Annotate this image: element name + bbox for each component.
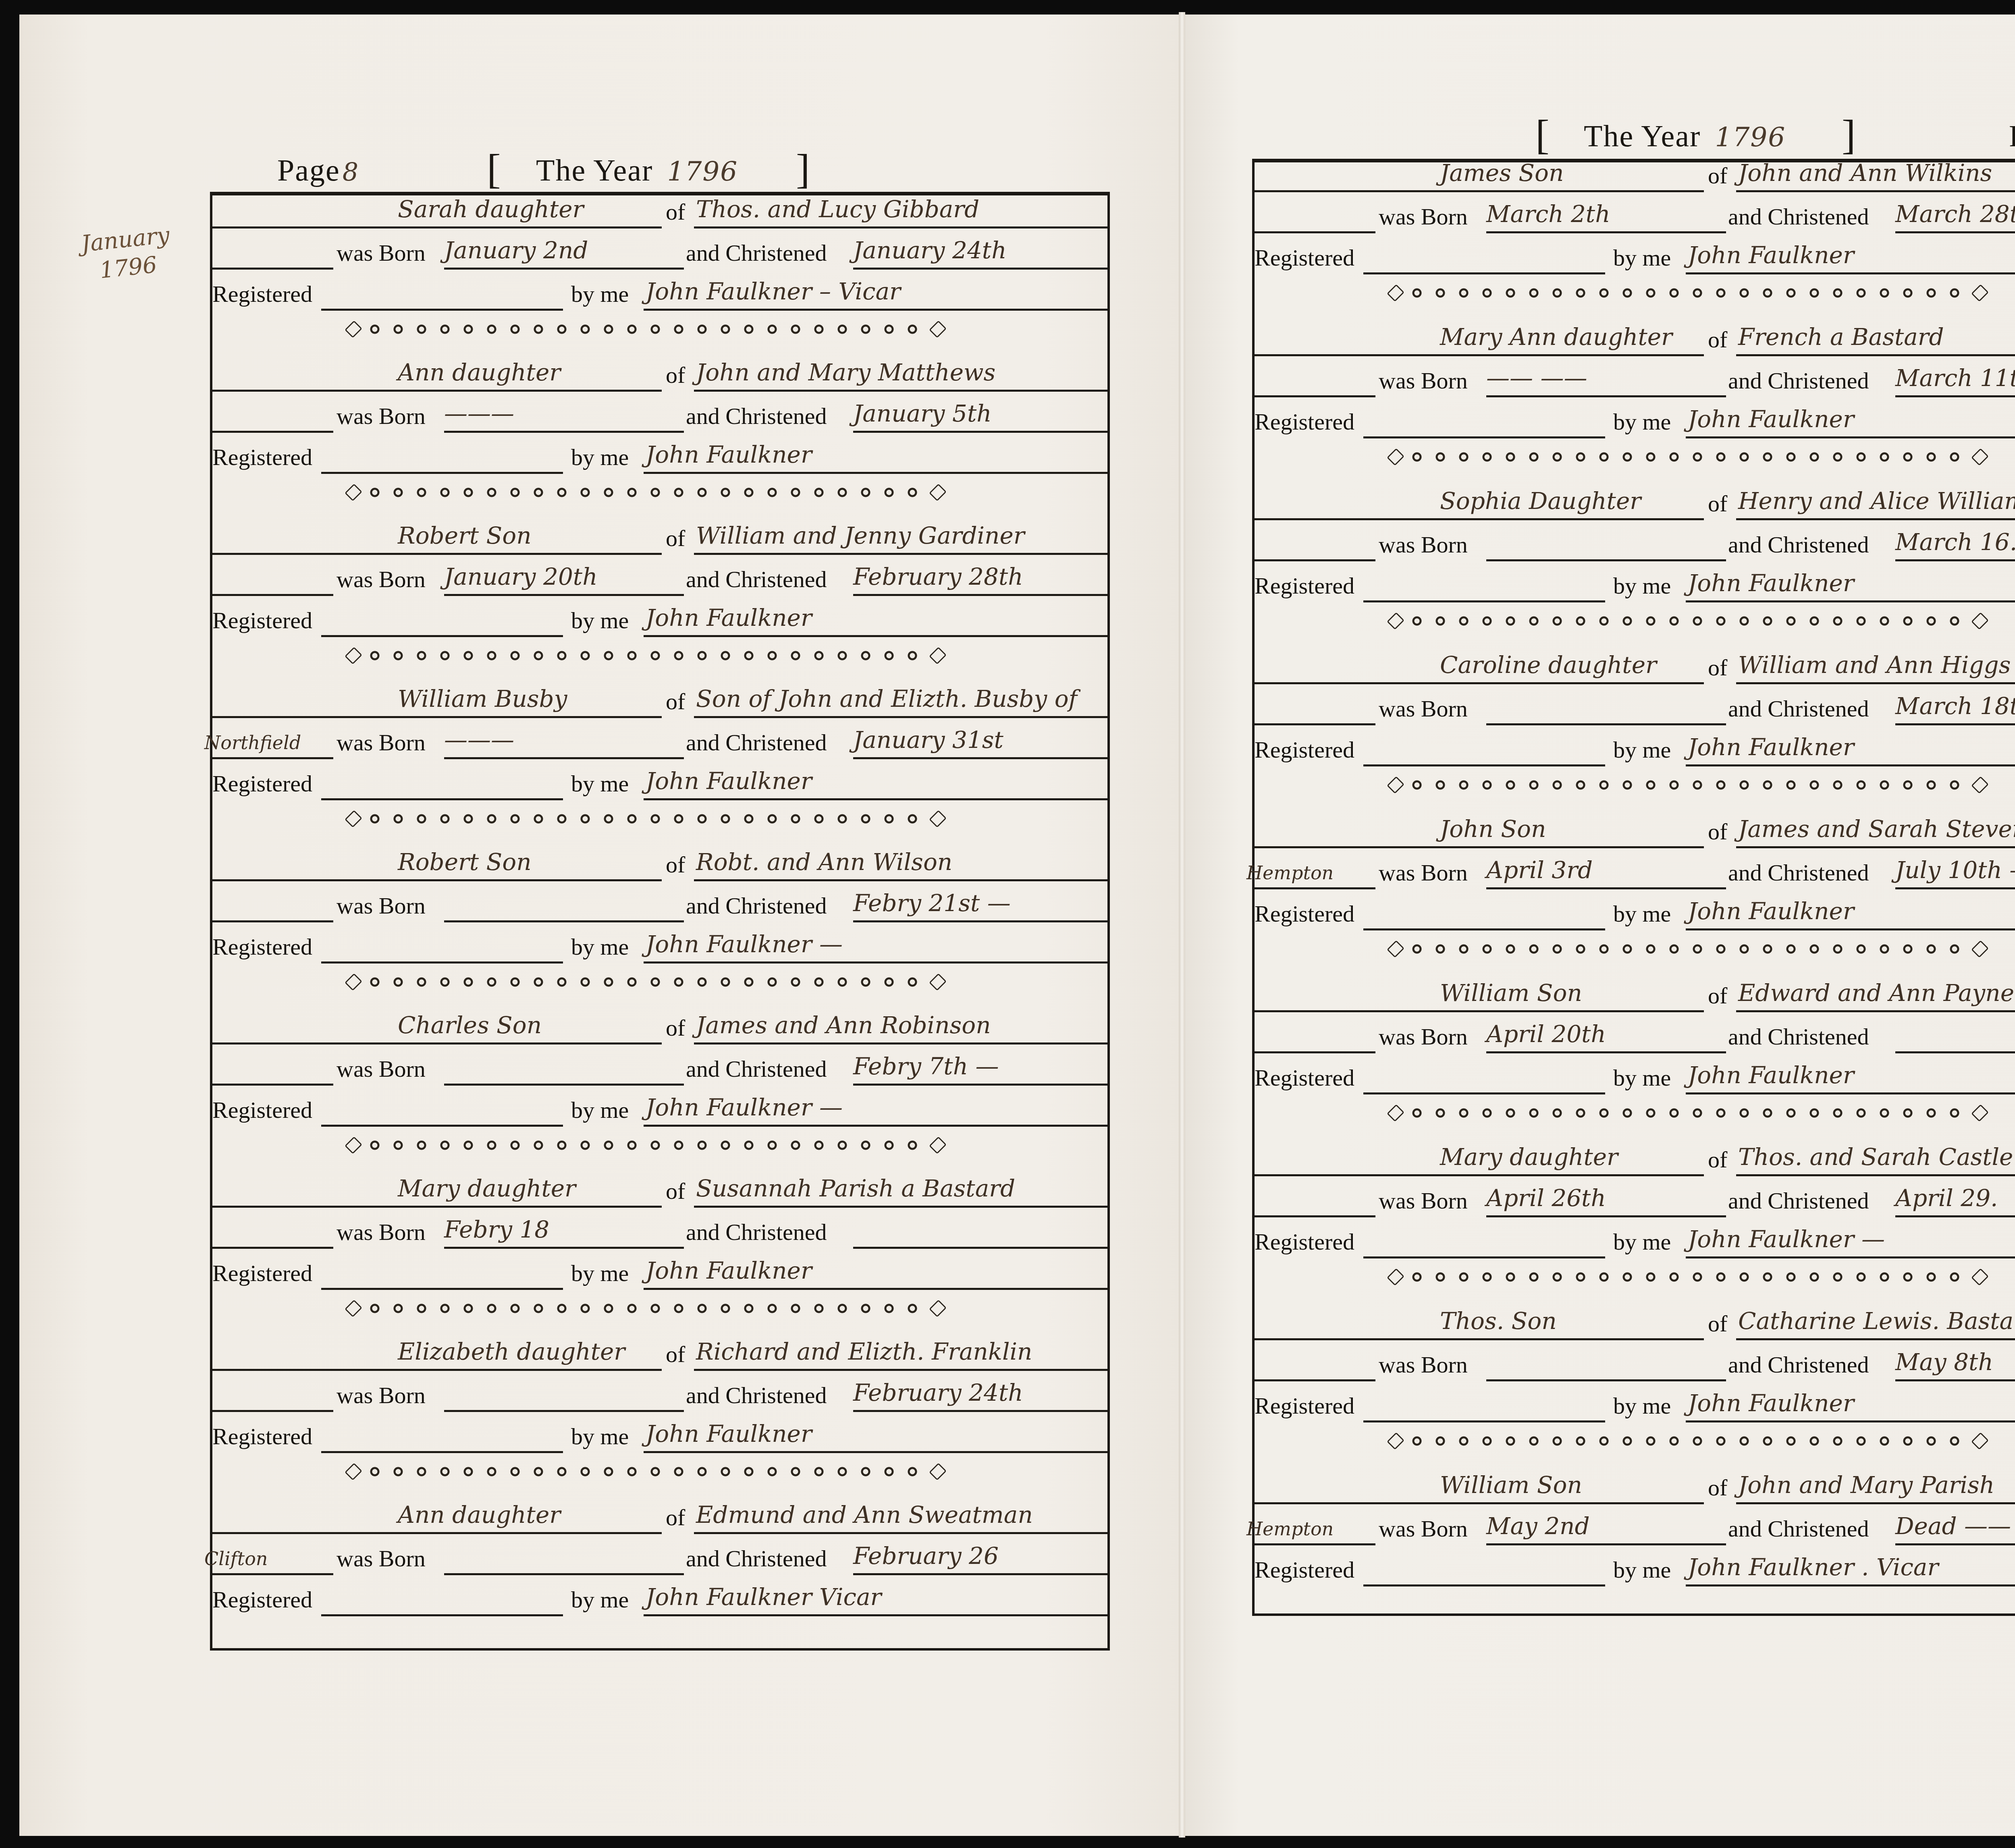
ornament-chain-icon	[1405, 288, 1970, 298]
christened-label: and Christened	[1728, 1351, 1869, 1378]
parents-name: William and Ann Higgs	[1738, 651, 2011, 679]
was-born-label: was Born	[337, 1219, 426, 1246]
entry-registered-row: Registered by me John Faulkner	[212, 599, 1107, 640]
by-me-label: by me	[571, 1423, 629, 1450]
christened-date: Dead ——	[1895, 1512, 2011, 1540]
registrar-signature: John Faulkner	[646, 767, 812, 795]
was-born-label: was Born	[1379, 1023, 1468, 1050]
entry-registered-row: Registered by me John Faulkner	[1255, 565, 2015, 605]
page-number: 8	[343, 157, 359, 187]
was-born-label: was Born	[337, 1382, 426, 1409]
register-entry: Sarah daughter of Thos. and Lucy Gibbard…	[212, 191, 1107, 354]
parents-name: Henry and Alice Williams	[1738, 487, 2015, 515]
register-entry: Charles Son of James and Ann Robinson wa…	[212, 1007, 1107, 1170]
child-name: Mary Ann daughter	[1440, 323, 1672, 351]
bracket-open: [	[487, 145, 501, 193]
was-born-label: was Born	[1379, 1515, 1468, 1542]
entry-name-row: James Son of John and Ann Wilkins	[1255, 154, 2015, 195]
ornament-diamond-icon	[345, 1300, 362, 1317]
ornament-divider	[345, 483, 946, 502]
bracket-open: [	[1535, 111, 1550, 159]
of-label: of	[666, 361, 685, 388]
christened-date: April 29.	[1895, 1184, 1998, 1212]
ornament-divider	[1388, 1431, 1988, 1451]
christened-date: February 26	[853, 1542, 999, 1570]
entry-name-row: Charles Son of James and Ann Robinson	[212, 1007, 1107, 1047]
registered-label: Registered	[212, 1586, 312, 1613]
bracket-close: ]	[796, 145, 810, 193]
child-name: Ann daughter	[398, 359, 561, 386]
left-page-header: Page8	[277, 153, 359, 188]
was-born-label: was Born	[1379, 859, 1468, 886]
registered-label: Registered	[212, 280, 312, 307]
of-label: of	[1708, 1310, 1727, 1337]
christened-date: March 28th	[1895, 200, 2015, 228]
entry-born-row: Northfield was Born ——— and Christened J…	[212, 721, 1107, 762]
registrar-signature: John Faulkner Vicar	[646, 1583, 881, 1611]
registered-label: Registered	[1255, 900, 1354, 927]
entry-registered-row: Registered by me John Faulkner	[212, 1252, 1107, 1292]
parents-name: Edmund and Ann Sweatman	[696, 1501, 1033, 1528]
registrar-signature: John Faulkner	[1688, 733, 1854, 761]
entry-registered-row: Registered by me John Faulkner	[1255, 1057, 2015, 1097]
was-born-label: was Born	[337, 403, 426, 430]
child-name: James Son	[1440, 159, 1564, 187]
entry-born-row: was Born March 2th and Christened March …	[1255, 195, 2015, 236]
entry-name-row: Ann daughter of John and Mary Matthews	[212, 354, 1107, 394]
by-me-label: by me	[571, 770, 629, 797]
entry-name-row: William Busby of Son of John and Elizth.…	[212, 680, 1107, 721]
was-born-label: was Born	[1379, 1351, 1468, 1378]
entry-name-row: Sarah daughter of Thos. and Lucy Gibbard	[212, 191, 1107, 231]
entry-registered-row: Registered by me John Faulkner Vicar	[212, 1578, 1107, 1619]
of-label: of	[1708, 162, 1727, 189]
born-date: ———	[444, 726, 514, 754]
register-entry: William Busby of Son of John and Elizth.…	[212, 680, 1107, 843]
of-label: of	[666, 688, 685, 715]
born-date: Febry 18	[444, 1216, 549, 1243]
entry-registered-row: Registered by me John Faulkner	[212, 762, 1107, 803]
parents-name: John and Ann Wilkins	[1738, 159, 1992, 187]
by-me-label: by me	[1613, 736, 1671, 763]
register-entry: Sophia Daughter of Henry and Alice Willi…	[1255, 482, 2015, 646]
register-entry: Mary daughter of Susannah Parish a Basta…	[212, 1170, 1107, 1333]
entry-born-row: Hempton was Born April 3rd and Christene…	[1255, 851, 2015, 892]
by-me-label: by me	[571, 607, 629, 634]
entry-name-row: William Son of John and Mary Parish	[1255, 1466, 2015, 1507]
ornament-divider	[345, 1462, 946, 1481]
entry-registered-row: Registered by me John Faulkner . Vicar	[1255, 1549, 2015, 1589]
of-label: of	[1708, 490, 1727, 517]
was-born-label: was Born	[337, 729, 426, 756]
registered-label: Registered	[212, 1096, 312, 1123]
child-name: John Son	[1440, 815, 1546, 843]
entry-registered-row: Registered by me John Faulkner	[1255, 401, 2015, 441]
ornament-diamond-icon	[1971, 1104, 1989, 1122]
entry-name-row: Caroline daughter of William and Ann Hig…	[1255, 646, 2015, 687]
ornament-chain-icon	[363, 814, 928, 824]
entry-born-row: was Born April 20th and Christened	[1255, 1015, 2015, 1056]
christened-label: and Christened	[1728, 695, 1869, 722]
left-register-frame: Sarah daughter of Thos. and Lucy Gibbard…	[210, 192, 1110, 1651]
christened-label: and Christened	[1728, 1515, 1869, 1542]
registered-label: Registered	[1255, 1392, 1354, 1419]
registrar-signature: John Faulkner	[1688, 569, 1854, 597]
page-label: Page	[277, 154, 340, 187]
entry-name-row: Elizabeth daughter of Richard and Elizth…	[212, 1333, 1107, 1373]
born-date: April 26th	[1486, 1184, 1606, 1212]
registrar-signature: John Faulkner . Vicar	[1688, 1553, 1938, 1581]
by-me-label: by me	[571, 280, 629, 307]
christened-date: March 16.	[1895, 528, 2015, 556]
child-name: Charles Son	[398, 1011, 542, 1039]
ornament-chain-icon	[363, 488, 928, 497]
ornament-diamond-icon	[345, 647, 362, 664]
parents-name: Son of John and Elizth. Busby of	[696, 685, 1077, 712]
year-heading: The Year 1796	[536, 153, 738, 188]
entry-name-row: Mary daughter of Thos. and Sarah Castle	[1255, 1138, 2015, 1179]
child-name: Mary daughter	[398, 1175, 576, 1202]
entry-born-row: was Born ——— and Christened January 5th	[212, 395, 1107, 435]
place-note: Hempton	[1246, 862, 1334, 884]
ornament-divider	[1388, 611, 1988, 631]
registrar-signature: John Faulkner —	[646, 1094, 843, 1121]
entry-registered-row: Registered by me John Faulkner – Vicar	[212, 273, 1107, 313]
ornament-chain-icon	[1405, 1436, 1970, 1446]
by-me-label: by me	[571, 1260, 629, 1287]
entry-born-row: was Born April 26th and Christened April…	[1255, 1179, 2015, 1220]
entry-registered-row: Registered by me John Faulkner	[212, 436, 1107, 476]
registered-label: Registered	[1255, 244, 1354, 271]
parents-name: French a Bastard	[1738, 323, 1944, 351]
ornament-diamond-icon	[929, 1136, 947, 1154]
entry-name-row: Thos. Son of Catharine Lewis. Bastard	[1255, 1302, 2015, 1343]
entry-name-row: John Son of James and Sarah Stevens of	[1255, 810, 2015, 851]
entry-name-row: Robert Son of Robt. and Ann Wilson	[212, 843, 1107, 884]
parents-name: Robt. and Ann Wilson	[696, 848, 952, 876]
registered-label: Registered	[1255, 1556, 1354, 1583]
place-note: Northfield	[204, 732, 301, 754]
ornament-diamond-icon	[1971, 284, 1989, 302]
parents-name: John and Mary Parish	[1738, 1471, 1994, 1499]
ornament-chain-icon	[363, 977, 928, 987]
entry-name-row: Robert Son of William and Jenny Gardiner	[212, 517, 1107, 557]
christened-label: and Christened	[1728, 203, 1869, 230]
christened-date: March 18th	[1895, 692, 2015, 720]
register-entry: William Son of John and Mary Parish Hemp…	[1255, 1466, 2015, 1630]
ornament-divider	[1388, 939, 1988, 959]
ornament-diamond-icon	[1387, 776, 1404, 794]
by-me-label: by me	[1613, 900, 1671, 927]
christened-date: Febry 21st —	[853, 889, 1011, 917]
christened-date: March 11th	[1895, 364, 2015, 392]
child-name: Sarah daughter	[398, 195, 584, 223]
ornament-divider	[345, 646, 946, 665]
christened-date: July 10th ——	[1895, 856, 2015, 884]
christened-date: January 31st	[853, 726, 1003, 754]
born-date: March 2th	[1486, 200, 1610, 228]
register-entry: William Son of Edward and Ann Payne was …	[1255, 974, 2015, 1138]
child-name: Robert Son	[398, 522, 532, 549]
christened-date: Febry 7th —	[853, 1053, 999, 1080]
registrar-signature: John Faulkner	[1688, 1061, 1854, 1089]
registered-label: Registered	[212, 444, 312, 471]
ornament-divider	[1388, 1267, 1988, 1287]
ornament-chain-icon	[1405, 1272, 1970, 1282]
ornament-diamond-icon	[1387, 612, 1404, 630]
registrar-signature: John Faulkner	[1688, 897, 1854, 925]
of-label: of	[1708, 982, 1727, 1009]
entry-name-row: Ann daughter of Edmund and Ann Sweatman	[212, 1496, 1107, 1537]
christened-label: and Christened	[1728, 367, 1869, 394]
parents-name: Thos. and Sarah Castle	[1738, 1143, 2013, 1171]
registrar-signature: John Faulkner —	[1688, 1225, 1885, 1253]
christened-label: and Christened	[1728, 859, 1869, 886]
ornament-chain-icon	[1405, 616, 1970, 626]
parents-name: Edward and Ann Payne	[1738, 979, 2014, 1007]
registered-label: Registered	[1255, 408, 1354, 435]
page-label: Page	[2009, 119, 2015, 153]
registered-label: Registered	[212, 1423, 312, 1450]
place-note: Clifton	[204, 1548, 268, 1570]
child-name: William Son	[1440, 979, 1582, 1007]
child-name: William Son	[1440, 1471, 1582, 1499]
christened-date: February 24th	[853, 1379, 1023, 1406]
ornament-diamond-icon	[1971, 612, 1989, 630]
born-date: May 2nd	[1486, 1512, 1590, 1540]
ornament-diamond-icon	[345, 810, 362, 828]
registrar-signature: John Faulkner	[1688, 405, 1854, 433]
ornament-chain-icon	[363, 324, 928, 334]
by-me-label: by me	[571, 933, 629, 960]
entry-name-row: William Son of Edward and Ann Payne	[1255, 974, 2015, 1015]
ornament-chain-icon	[363, 1304, 928, 1313]
christened-label: and Christened	[686, 1219, 827, 1246]
ornament-divider	[345, 320, 946, 339]
christened-date: May 8th	[1895, 1348, 1993, 1376]
entry-born-row: was Born and Christened May 8th	[1255, 1343, 2015, 1384]
entry-registered-row: Registered by me John Faulkner	[1255, 893, 2015, 933]
ornament-chain-icon	[363, 1140, 928, 1150]
of-label: of	[666, 1341, 685, 1368]
ornament-diamond-icon	[929, 1300, 947, 1317]
ornament-diamond-icon	[345, 973, 362, 991]
christened-label: and Christened	[686, 1055, 827, 1082]
ornament-diamond-icon	[929, 647, 947, 664]
of-label: of	[1708, 818, 1727, 845]
by-me-label: by me	[571, 1096, 629, 1123]
ornament-diamond-icon	[929, 1463, 947, 1480]
by-me-label: by me	[1613, 572, 1671, 599]
born-date: January 2nd	[444, 237, 588, 264]
registrar-signature: John Faulkner	[646, 1257, 812, 1284]
entry-born-row: was Born January 20th and Christened Feb…	[212, 558, 1107, 598]
registered-label: Registered	[212, 770, 312, 797]
entry-registered-row: Registered by me John Faulkner —	[1255, 1221, 2015, 1261]
bracket-close: ]	[1842, 111, 1856, 159]
born-date: April 3rd	[1486, 856, 1593, 884]
child-name: Thos. Son	[1440, 1307, 1557, 1335]
christened-label: and Christened	[686, 1382, 827, 1409]
registrar-signature: John Faulkner	[646, 441, 812, 468]
was-born-label: was Born	[337, 1545, 426, 1572]
registered-label: Registered	[212, 1260, 312, 1287]
ornament-chain-icon	[363, 651, 928, 660]
year-value: 1796	[667, 156, 738, 187]
of-label: of	[1708, 326, 1727, 353]
of-label: of	[666, 1177, 685, 1204]
entry-born-row: Clifton was Born and Christened February…	[212, 1537, 1107, 1578]
ornament-divider	[1388, 283, 1988, 303]
by-me-label: by me	[571, 1586, 629, 1613]
entry-born-row: was Born —— —— and Christened March 11th	[1255, 359, 2015, 400]
registrar-signature: John Faulkner	[646, 1420, 812, 1447]
of-label: of	[1708, 1146, 1727, 1173]
of-label: of	[1708, 1474, 1727, 1501]
parents-name: Thos. and Lucy Gibbard	[696, 195, 979, 223]
ornament-diamond-icon	[929, 320, 947, 338]
was-born-label: was Born	[337, 239, 426, 266]
was-born-label: was Born	[337, 1055, 426, 1082]
parents-name: William and Jenny Gardiner	[696, 522, 1025, 549]
christened-label: and Christened	[686, 1545, 827, 1572]
was-born-label: was Born	[1379, 531, 1468, 558]
ornament-diamond-icon	[929, 973, 947, 991]
entry-born-row: was Born and Christened February 24th	[212, 1374, 1107, 1414]
parents-name: John and Mary Matthews	[696, 359, 995, 386]
entry-registered-row: Registered by me John Faulkner	[212, 1415, 1107, 1456]
right-register-frame: James Son of John and Ann Wilkins was Bo…	[1252, 159, 2015, 1616]
by-me-label: by me	[1613, 408, 1671, 435]
register-entry: Mary daughter of Thos. and Sarah Castle …	[1255, 1138, 2015, 1302]
ornament-divider	[1388, 775, 1988, 795]
ornament-diamond-icon	[345, 1136, 362, 1154]
by-me-label: by me	[1613, 1392, 1671, 1419]
child-name: William Busby	[398, 685, 567, 712]
ornament-divider	[1388, 1103, 1988, 1123]
of-label: of	[666, 1504, 685, 1531]
ornament-diamond-icon	[1971, 1432, 1989, 1450]
christened-date: January 24th	[853, 237, 1007, 264]
ornament-diamond-icon	[1387, 448, 1404, 466]
child-name: Ann daughter	[398, 1501, 561, 1528]
register-entry: Caroline daughter of William and Ann Hig…	[1255, 646, 2015, 810]
right-page-header: Page9	[2009, 119, 2015, 154]
was-born-label: was Born	[1379, 1187, 1468, 1214]
ornament-chain-icon	[1405, 452, 1970, 462]
by-me-label: by me	[1613, 1228, 1671, 1255]
register-entry: Thos. Son of Catharine Lewis. Bastard wa…	[1255, 1302, 2015, 1466]
of-label: of	[1708, 654, 1727, 681]
margin-note-date: January 1796	[80, 221, 174, 287]
entry-born-row: was Born Febry 18 and Christened	[212, 1211, 1107, 1251]
christened-label: and Christened	[1728, 531, 1869, 558]
registrar-signature: John Faulkner	[646, 604, 812, 631]
by-me-label: by me	[1613, 1556, 1671, 1583]
child-name: Caroline daughter	[1440, 651, 1657, 679]
ornament-divider	[1388, 447, 1988, 467]
register-entry: Elizabeth daughter of Richard and Elizth…	[212, 1333, 1107, 1496]
entry-born-row: was Born and Christened Febry 7th —	[212, 1048, 1107, 1088]
registrar-signature: John Faulkner —	[646, 930, 843, 958]
registrar-signature: John Faulkner	[1688, 241, 1854, 269]
ornament-chain-icon	[1405, 944, 1970, 954]
ornament-chain-icon	[1405, 780, 1970, 790]
register-entry: Robert Son of William and Jenny Gardiner…	[212, 517, 1107, 680]
born-date: April 20th	[1486, 1020, 1606, 1048]
christened-date: February 28th	[853, 563, 1023, 590]
was-born-label: was Born	[1379, 695, 1468, 722]
christened-label: and Christened	[686, 729, 827, 756]
parents-name: Susannah Parish a Bastard	[696, 1175, 1015, 1202]
ornament-diamond-icon	[1387, 1268, 1404, 1286]
registered-label: Registered	[1255, 1064, 1354, 1091]
entry-name-row: Sophia Daughter of Henry and Alice Willi…	[1255, 482, 2015, 523]
ornament-diamond-icon	[1387, 284, 1404, 302]
registered-label: Registered	[1255, 1228, 1354, 1255]
ornament-diamond-icon	[345, 484, 362, 501]
parents-name: James and Ann Robinson	[696, 1011, 991, 1039]
child-name: Robert Son	[398, 848, 532, 876]
born-date: —— ——	[1486, 364, 1587, 392]
ornament-diamond-icon	[1971, 1268, 1989, 1286]
ornament-divider	[345, 809, 946, 828]
by-me-label: by me	[571, 444, 629, 471]
of-label: of	[666, 525, 685, 552]
ornament-diamond-icon	[1971, 448, 1989, 466]
entry-born-row: was Born January 2nd and Christened Janu…	[212, 232, 1107, 272]
register-entry: Ann daughter of John and Mary Matthews w…	[212, 354, 1107, 517]
ornament-chain-icon	[1405, 1108, 1970, 1118]
ornament-diamond-icon	[1387, 1104, 1404, 1122]
register-entry: Robert Son of Robt. and Ann Wilson was B…	[212, 843, 1107, 1007]
child-name: Sophia Daughter	[1440, 487, 1641, 515]
year-heading: The Year 1796	[1584, 119, 1786, 154]
born-date: ———	[444, 400, 514, 427]
ornament-chain-icon	[363, 1467, 928, 1476]
ornament-diamond-icon	[1971, 776, 1989, 794]
entry-name-row: Mary daughter of Susannah Parish a Basta…	[212, 1170, 1107, 1210]
registered-label: Registered	[212, 933, 312, 960]
entry-born-row: was Born and Christened Febry 21st —	[212, 885, 1107, 925]
ornament-diamond-icon	[929, 810, 947, 828]
ornament-diamond-icon	[345, 1463, 362, 1480]
year-value: 1796	[1715, 122, 1786, 153]
was-born-label: was Born	[1379, 203, 1468, 230]
register-entry: Ann daughter of Edmund and Ann Sweatman …	[212, 1496, 1107, 1659]
book-spine	[1179, 12, 1185, 1838]
ornament-diamond-icon	[345, 320, 362, 338]
ornament-divider	[345, 972, 946, 992]
ornament-diamond-icon	[1971, 940, 1989, 958]
entry-born-row: was Born and Christened March 16.	[1255, 523, 2015, 564]
christened-label: and Christened	[686, 403, 827, 430]
registrar-signature: John Faulkner	[1688, 1389, 1854, 1417]
christened-label: and Christened	[686, 892, 827, 919]
ornament-divider	[345, 1299, 946, 1318]
parents-name: Catharine Lewis. Bastard	[1738, 1307, 2015, 1335]
entry-born-row: Hempton was Born May 2nd and Christened …	[1255, 1507, 2015, 1548]
entry-name-row: Mary Ann daughter of French a Bastard	[1255, 318, 2015, 359]
of-label: of	[666, 1014, 685, 1041]
by-me-label: by me	[1613, 1064, 1671, 1091]
was-born-label: was Born	[337, 892, 426, 919]
was-born-label: was Born	[1379, 367, 1468, 394]
registered-label: Registered	[212, 607, 312, 634]
of-label: of	[666, 851, 685, 878]
ornament-diamond-icon	[929, 484, 947, 501]
ornament-diamond-icon	[1387, 940, 1404, 958]
